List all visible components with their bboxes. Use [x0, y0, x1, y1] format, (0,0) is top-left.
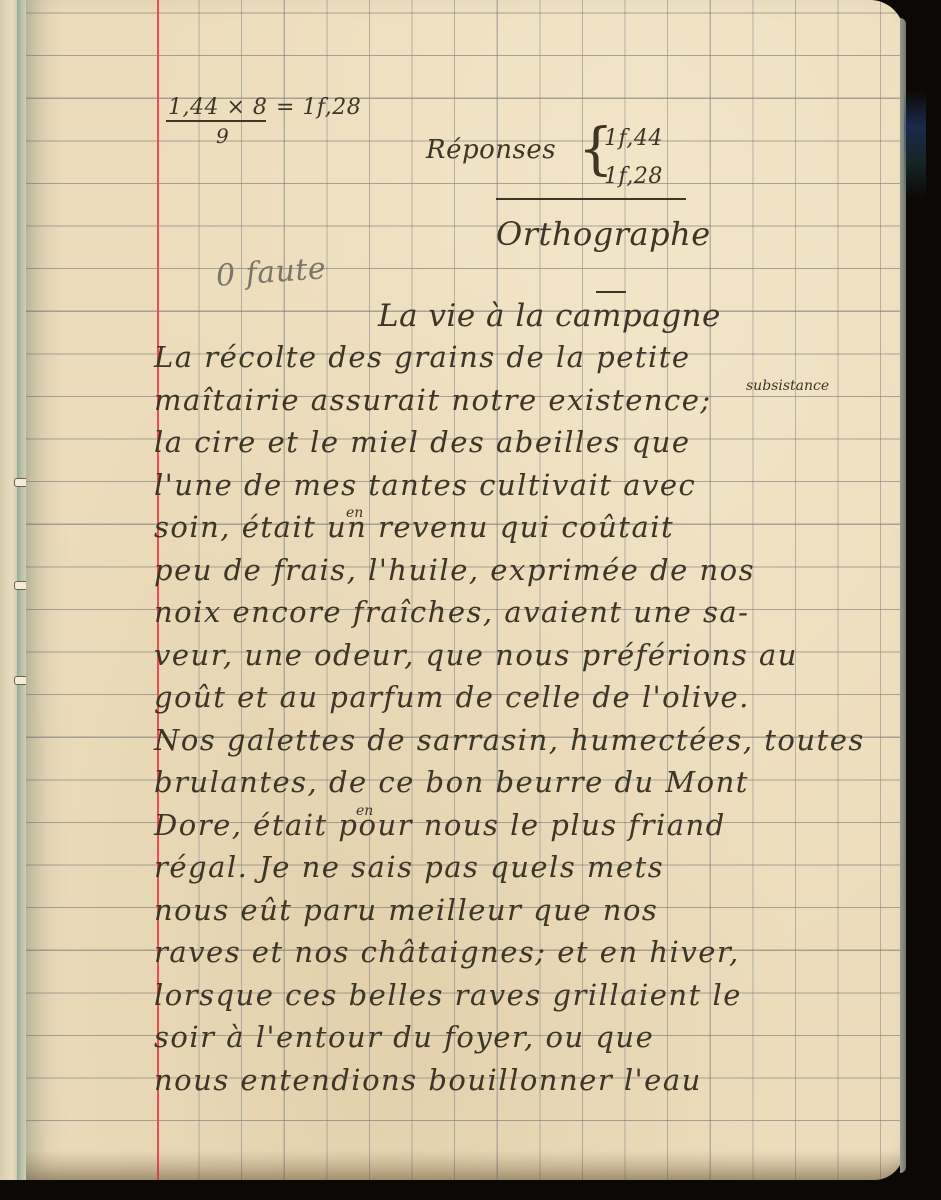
calculation-denominator: 9: [216, 124, 229, 148]
dictation-line: Dore, était pour nous le plus friand: [154, 808, 726, 842]
dictation-line: raves et nos châtaignes; et en hiver,: [154, 935, 740, 969]
notebook-page: 1,44 × 8 9 = 1f,28 Réponses { 1f,44 1f,2…: [26, 0, 904, 1180]
dictation-line: la cire et le miel des abeilles que: [154, 425, 691, 459]
answer-value-2: 1f,28: [604, 164, 663, 189]
page-bottom-shadow: [26, 1150, 904, 1180]
answers-label: Réponses: [426, 135, 556, 165]
heading-underline: [596, 291, 626, 293]
cover-edge-tint: [904, 90, 926, 200]
dictation-line: brulantes, de ce bon beurre du Mont: [154, 765, 749, 799]
dictation-line: l'une de mes tantes cultivait avec: [154, 468, 696, 502]
dictation-line: veur, une odeur, que nous préférions au: [154, 638, 798, 672]
calculation-numerator: 1,44 × 8: [168, 95, 267, 120]
dictation-line: nous eût paru meilleur que nos: [154, 893, 658, 927]
section-heading: Orthographe: [496, 215, 711, 253]
dictation-line: régal. Je ne sais pas quels mets: [154, 850, 664, 884]
dictation-line: maîtairie assurait notre existence;: [154, 383, 712, 417]
notebook-scan: 1,44 × 8 9 = 1f,28 Réponses { 1f,44 1f,2…: [0, 0, 941, 1200]
dictation-line: noix encore fraîches, avaient une sa-: [154, 595, 749, 629]
dictation-line: soir à l'entour du foyer, ou que: [154, 1020, 654, 1054]
answer-value-1: 1f,44: [604, 126, 663, 151]
dictation-line: soin, était un revenu qui coûtait: [154, 510, 674, 544]
answers-underline: [496, 198, 686, 200]
correction-en: en: [356, 803, 373, 819]
correction-subsistance: subsistance: [746, 378, 829, 394]
correction-en: en: [346, 505, 363, 521]
dictation-line: goût et au parfum de celle de l'olive.: [154, 680, 750, 714]
dictation-line: La récolte des grains de la petite: [154, 340, 691, 374]
dictation-line: Nos galettes de sarrasin, humectées, tou…: [154, 723, 865, 757]
calculation-result: = 1f,28: [276, 95, 361, 120]
fraction-bar: [166, 120, 266, 122]
dictation-line: peu de frais, l'huile, exprimée de nos: [154, 553, 755, 587]
dictation-line: nous entendions bouillonner l'eau: [154, 1063, 702, 1097]
dictation-title: La vie à la campagne: [378, 298, 721, 334]
dictation-line: lorsque ces belles raves grillaient le: [154, 978, 742, 1012]
